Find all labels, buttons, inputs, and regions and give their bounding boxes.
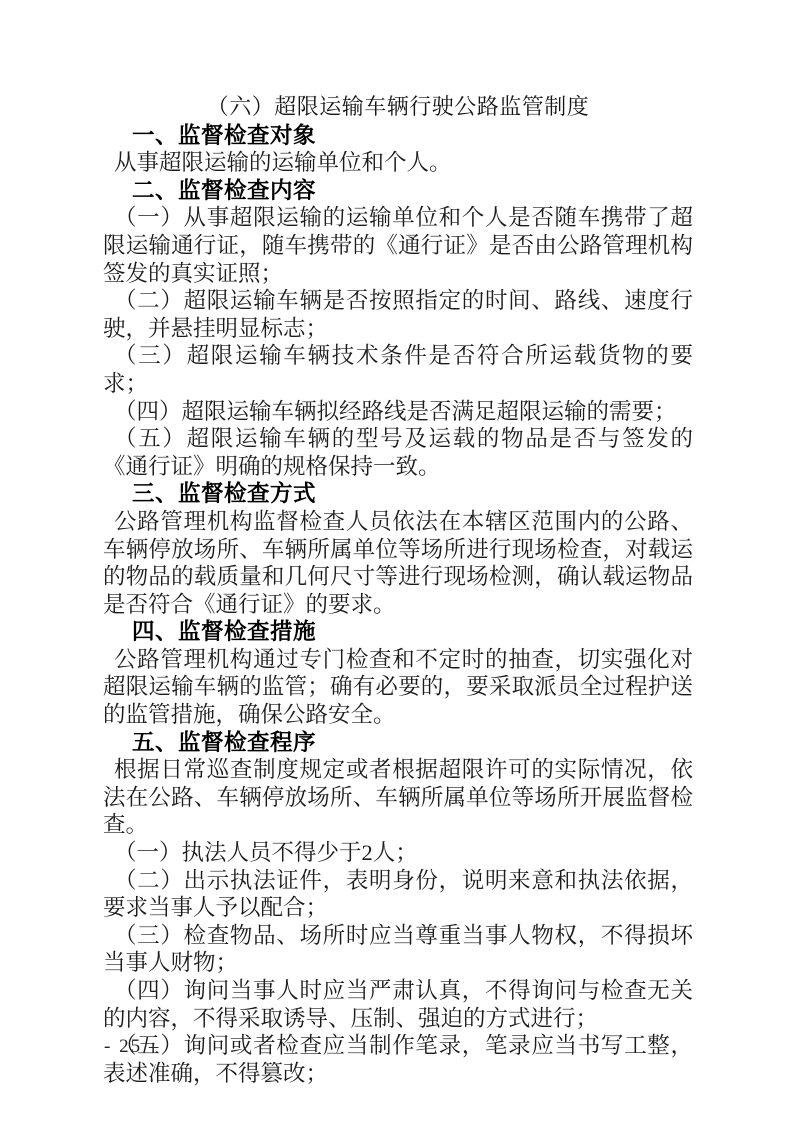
section-heading: 五、监督检查程序 xyxy=(103,729,693,757)
document-section: 五、监督检查程序 根据日常巡查制度规定或者根据超限许可的实际情况，依法在公路、车… xyxy=(103,729,693,1088)
paragraph: （二）出示执法证件，表明身份，说明来意和执法依据，要求当事人予以配合； xyxy=(103,867,693,922)
section-heading: 二、监督检查内容 xyxy=(103,177,693,205)
paragraph: 公路管理机构通过专门检查和不定时的抽查，切实强化对超限运输车辆的监管；确有必要的… xyxy=(103,646,693,729)
document-section: 二、监督检查内容 （一）从事超限运输的运输单位和个人是否随车携带了超限运输通行证… xyxy=(103,177,693,481)
page-number: - 25 – xyxy=(104,1036,160,1058)
document-page: （六）超限运输车辆行驶公路监管制度 一、监督检查对象 从事超限运输的运输单位和个… xyxy=(0,0,793,1122)
document-section: 一、监督检查对象 从事超限运输的运输单位和个人。 xyxy=(103,122,693,177)
section-heading: 三、监督检查方式 xyxy=(103,480,693,508)
document-title: （六）超限运输车辆行驶公路监管制度 xyxy=(103,93,693,121)
paragraph: （五）询问或者检查应当制作笔录，笔录应当书写工整，表述准确，不得篡改； xyxy=(103,1032,693,1087)
section-paragraphs: 公路管理机构监督检查人员依法在本辖区范围内的公路、车辆停放场所、车辆所属单位等场… xyxy=(103,508,693,618)
document-section: 四、监督检查措施 公路管理机构通过专门检查和不定时的抽查，切实强化对超限运输车辆… xyxy=(103,618,693,728)
paragraph: （五）超限运输车辆的型号及运载的物品是否与签发的《通行证》明确的规格保持一致。 xyxy=(103,425,693,480)
section-paragraphs: （一）从事超限运输的运输单位和个人是否随车携带了超限运输通行证，随车携带的《通行… xyxy=(103,204,693,480)
section-paragraphs: 公路管理机构通过专门检查和不定时的抽查，切实强化对超限运输车辆的监管；确有必要的… xyxy=(103,646,693,729)
document-sections: 一、监督检查对象 从事超限运输的运输单位和个人。 二、监督检查内容 （一）从事超… xyxy=(103,122,693,1088)
paragraph: （一）从事超限运输的运输单位和个人是否随车携带了超限运输通行证，随车携带的《通行… xyxy=(103,204,693,287)
paragraph: 公路管理机构监督检查人员依法在本辖区范围内的公路、车辆停放场所、车辆所属单位等场… xyxy=(103,508,693,618)
section-paragraphs: 从事超限运输的运输单位和个人。 xyxy=(103,149,693,177)
paragraph: 根据日常巡查制度规定或者根据超限许可的实际情况，依法在公路、车辆停放场所、车辆所… xyxy=(103,756,693,839)
paragraph: （三）超限运输车辆技术条件是否符合所运载货物的要求； xyxy=(103,342,693,397)
section-heading: 一、监督检查对象 xyxy=(103,122,693,150)
section-heading: 四、监督检查措施 xyxy=(103,618,693,646)
document-section: 三、监督检查方式 公路管理机构监督检查人员依法在本辖区范围内的公路、车辆停放场所… xyxy=(103,480,693,618)
section-paragraphs: 根据日常巡查制度规定或者根据超限许可的实际情况，依法在公路、车辆停放场所、车辆所… xyxy=(103,756,693,1087)
paragraph: （四）超限运输车辆拟经路线是否满足超限运输的需要； xyxy=(103,398,693,426)
paragraph: （一）执法人员不得少于2人； xyxy=(103,839,693,867)
paragraph: （三）检查物品、场所时应当尊重当事人物权，不得损坏当事人财物； xyxy=(103,922,693,977)
paragraph: （二）超限运输车辆是否按照指定的时间、路线、速度行驶，并悬挂明显标志； xyxy=(103,287,693,342)
paragraph: 从事超限运输的运输单位和个人。 xyxy=(103,149,693,177)
document-content: （六）超限运输车辆行驶公路监管制度 一、监督检查对象 从事超限运输的运输单位和个… xyxy=(103,93,693,1087)
paragraph: （四）询问当事人时应当严肃认真，不得询问与检查无关的内容，不得采取诱导、压制、强… xyxy=(103,977,693,1032)
